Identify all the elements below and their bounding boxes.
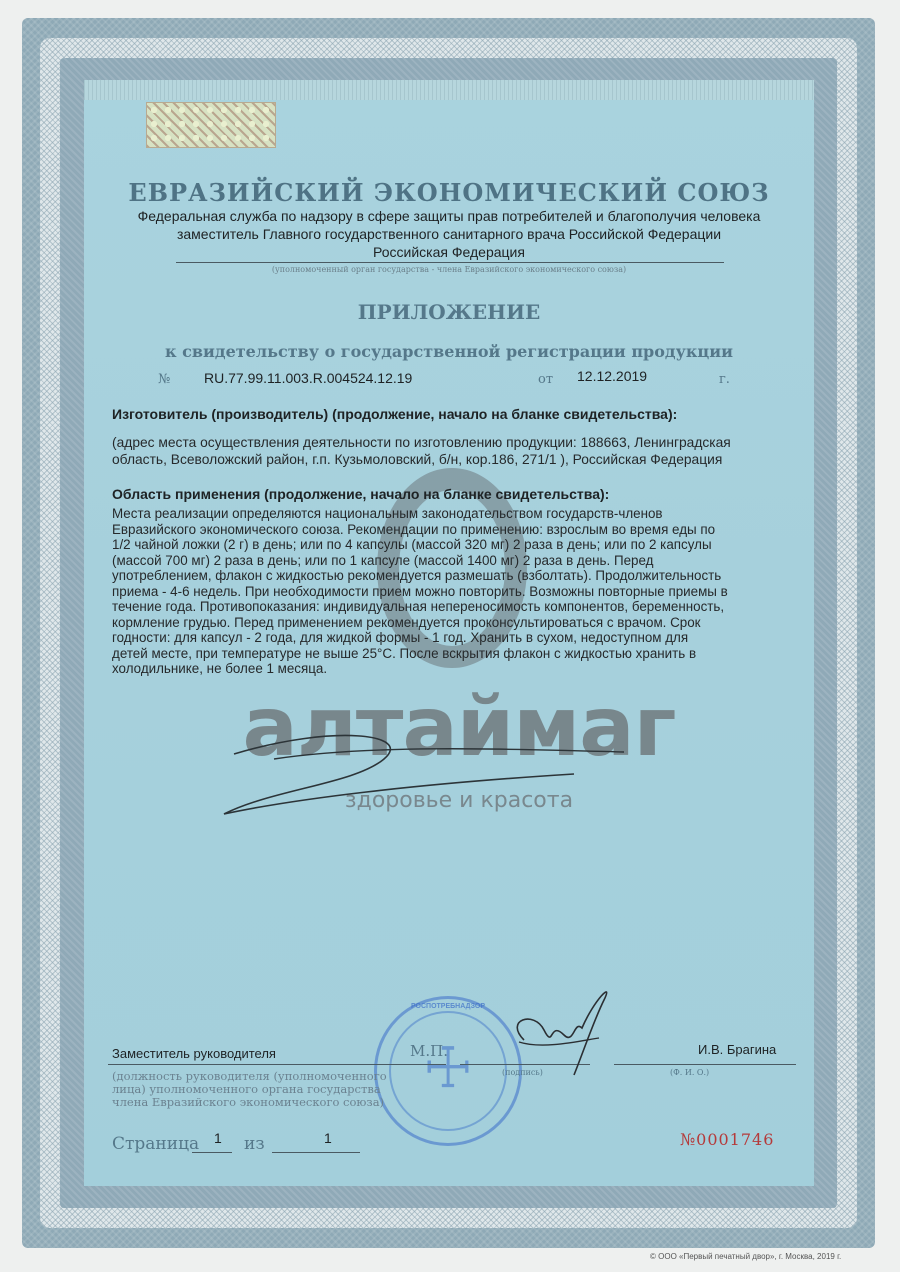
scope-line: употреблением, флакон с жидкостью рекоме… (112, 568, 728, 584)
scope-text: Места реализации определяются национальн… (112, 506, 728, 677)
name-caption: (Ф. И. О.) (670, 1068, 709, 1077)
scope-line: кормление грудью. Перед применением реко… (112, 615, 728, 631)
official-seal: РОСПОТРЕБНАДЗОР ☩ (374, 996, 522, 1146)
scope-line: 1/2 чайной ложки (2 г) в день; или по 4 … (112, 537, 728, 553)
registration-number: RU.77.99.11.003.R.004524.12.19 (204, 370, 412, 386)
serial-number: №0001746 (680, 1130, 774, 1149)
authority-line-1: Федеральная служба по надзору в сфере за… (84, 208, 814, 224)
caption-line: члена Евразийского экономического союза) (112, 1096, 387, 1109)
authority-line-2: заместитель Главного государственного са… (84, 226, 814, 242)
handwritten-signature-icon (504, 980, 624, 1080)
page-underline (192, 1152, 232, 1153)
page-total: 1 (324, 1130, 332, 1146)
seal-ring-text: РОСПОТРЕБНАДЗОР (377, 1003, 519, 1010)
of-label: из (244, 1134, 265, 1154)
scope-line: приема - 4-6 недель. При необходимости п… (112, 584, 728, 600)
date-label: от (538, 372, 553, 387)
annex-subtitle: к свидетельству о государственной регист… (84, 342, 814, 361)
certificate-sheet: ЕВРАЗИЙСКИЙ ЭКОНОМИЧЕСКИЙ СОЮЗ Федеральн… (84, 80, 814, 1186)
authority-caption: (уполномоченный орган государства - член… (84, 265, 814, 274)
annex-title: ПРИЛОЖЕНИЕ (84, 300, 814, 324)
signatory-name: И.В. Брагина (698, 1042, 776, 1057)
hologram-sticker (146, 102, 276, 148)
name-underline (614, 1064, 796, 1065)
scope-heading: Область применения (продолжение, начало … (112, 486, 609, 502)
scope-line: холодильнике, не более 1 месяца. (112, 661, 728, 677)
scope-line: Евразийского экономического союза. Реком… (112, 522, 728, 538)
scribble-signature-icon (214, 704, 654, 814)
total-underline (272, 1152, 360, 1153)
manufacturer-heading: Изготовитель (производитель) (продолжени… (112, 406, 677, 422)
scope-line: годности: для капсул - 2 года, для жидко… (112, 630, 728, 646)
security-band (84, 80, 814, 100)
scope-line: Места реализации определяются национальн… (112, 506, 728, 522)
registration-date: 12.12.2019 (577, 368, 647, 384)
position-caption: (должность руководителя (уполномоченного… (112, 1070, 387, 1109)
address-line: область, Всеволожский район, г.п. Кузьмо… (112, 451, 731, 468)
union-title: ЕВРАЗИЙСКИЙ ЭКОНОМИЧЕСКИЙ СОЮЗ (84, 178, 814, 207)
signatory-position: Заместитель руководителя (112, 1046, 276, 1061)
divider (176, 262, 724, 263)
stamp-label: М.П. (410, 1042, 448, 1060)
manufacturer-address: (адрес места осуществления деятельности … (112, 434, 731, 468)
scope-line: течение года. Противопоказания: индивиду… (112, 599, 728, 615)
address-line: (адрес места осуществления деятельности … (112, 434, 731, 451)
position-underline (108, 1064, 446, 1065)
number-label: № (158, 372, 170, 387)
year-suffix: г. (719, 372, 730, 387)
page-number: 1 (214, 1130, 222, 1146)
scope-line: детей месте, при температуре не выше 25°… (112, 646, 728, 662)
scope-line: (массой 700 мг) 2 раза в день; или по 1 … (112, 553, 728, 569)
page-label: Страница (112, 1134, 199, 1154)
printer-imprint: © ООО «Первый печатный двор», г. Москва,… (650, 1252, 841, 1261)
authority-line-3: Российская Федерация (84, 244, 814, 260)
